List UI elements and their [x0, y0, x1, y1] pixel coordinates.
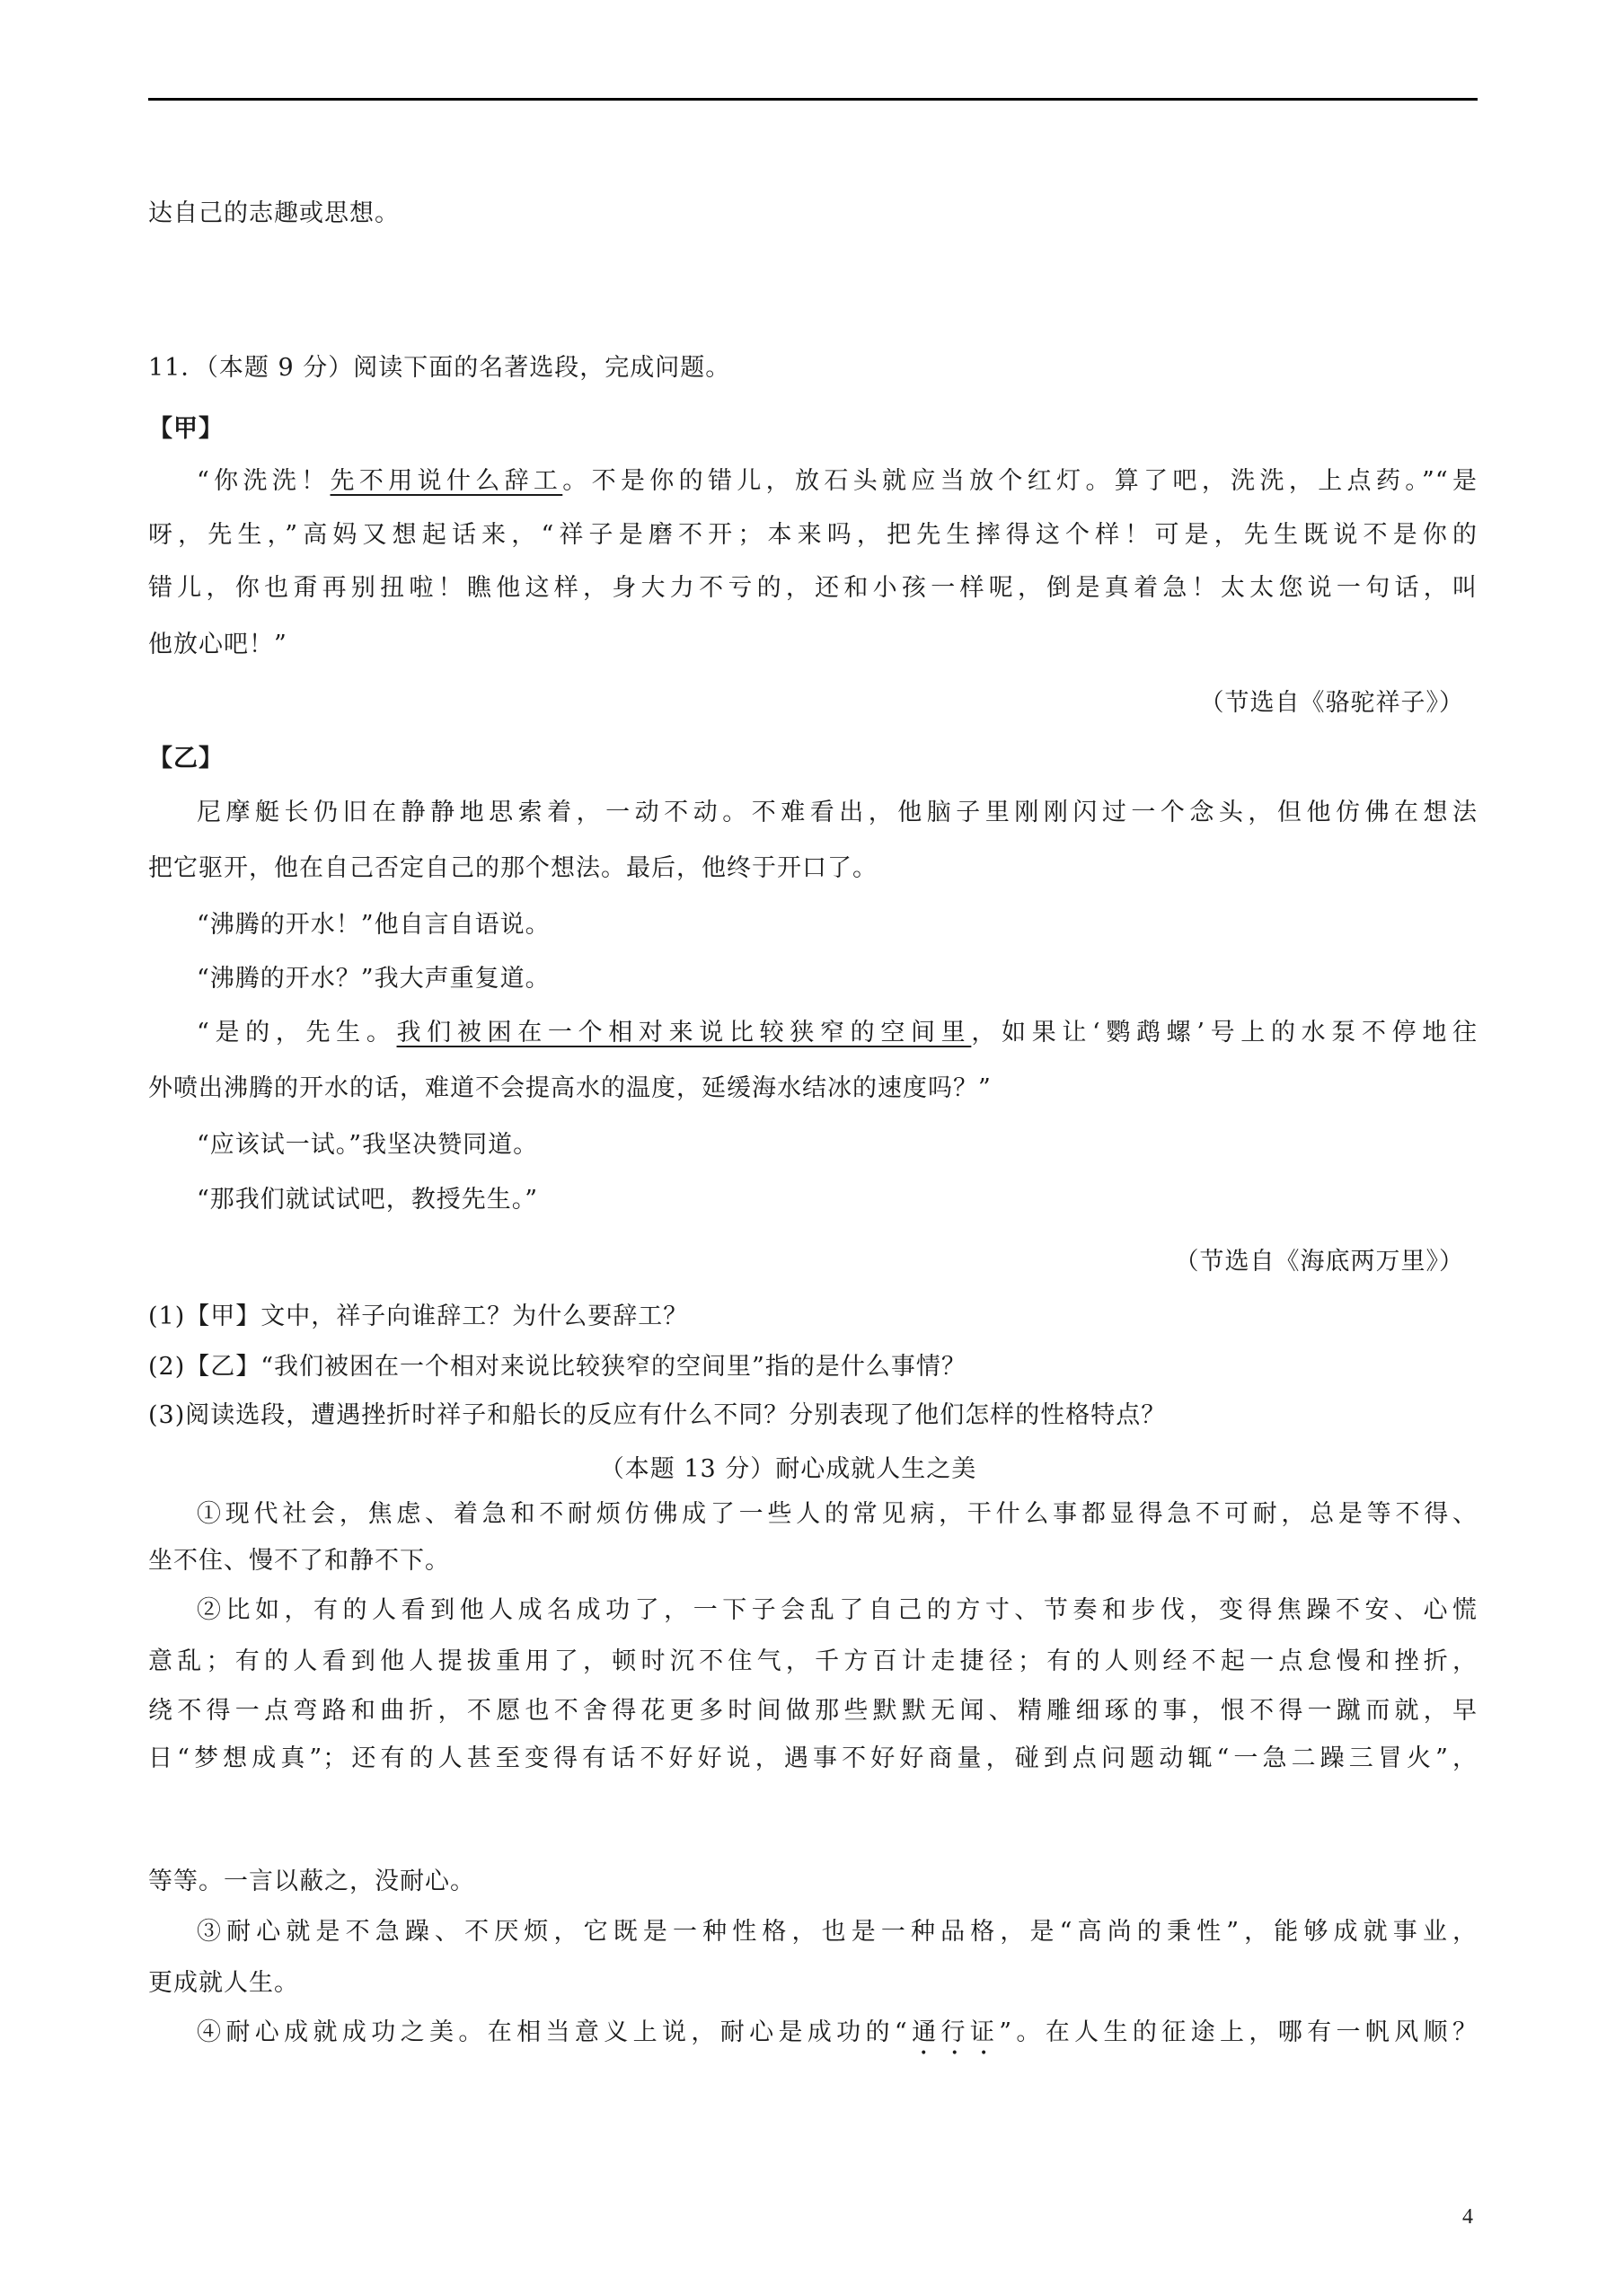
text-fragment: ④耐心成就成功之美。在相当意义上说，耐心是成功的“ — [197, 2018, 908, 2046]
passage-jia-label: 【甲】 — [148, 414, 1478, 445]
text-fragment: ，如果让‘鹦鹉螺’号上的水泵不停地往 — [971, 1019, 1478, 1046]
emphasized-phrase: 通行证 — [908, 2018, 1000, 2046]
essay-line-1: ①现代社会，焦虑、着急和不耐烦仿佛成了一些人的常见病，干什么事都显得急不可耐，总… — [148, 1499, 1478, 1530]
essay-line-6: 日“梦想成真”；还有的人甚至变得有话不好好说，遇事不好好商量，碰到点问题动辄“一… — [148, 1744, 1478, 1774]
essay-line-8: ③耐心就是不急躁、不厌烦，它既是一种性格，也是一种品格，是“高尚的秉性”，能够成… — [148, 1917, 1478, 1947]
passage-yi-line-7: “应该试一试。”我坚决赞同道。 — [148, 1130, 1478, 1161]
text-fragment: ”。在人生的征途上，哪有一帆风顺？ — [999, 2018, 1478, 2046]
continuation-text: 达自己的志趣或思想。 — [148, 199, 1478, 229]
essay-line-4: 意乱；有的人看到他人提拔重用了，顿时沉不住气，千方百计走捷径；有的人则经不起一点… — [148, 1647, 1478, 1677]
passage-jia-line-3: 错儿，你也甭再别扭啦！瞧他这样，身大力不亏的，还和小孩一样呢，倒是真着急！太太您… — [148, 573, 1478, 604]
sub-question-2: (2)【乙】“我们被困在一个相对来说比较狭窄的空间里”指的是什么事情？ — [148, 1352, 1478, 1382]
text-fragment: 。不是你的错儿，放石头就应当放个红灯。算了吧，洗洗，上点药。”“是 — [562, 467, 1478, 495]
passage-jia-source: （节选自《骆驼祥子》） — [148, 688, 1464, 719]
essay-line-3: ②比如，有的人看到他人成名成功了，一下子会乱了自己的方寸、节奏和步伐，变得焦躁不… — [148, 1595, 1478, 1626]
passage-yi-line-2: 把它驱开，他在自己否定自己的那个想法。最后，他终于开口了。 — [148, 853, 1478, 884]
passage-yi-label: 【乙】 — [148, 744, 1478, 774]
question-11-heading: 11．（本题 9 分）阅读下面的名著选段，完成问题。 — [148, 353, 1478, 384]
passage-yi-line-4: “沸腾的开水？”我大声重复道。 — [148, 964, 1478, 994]
passage-jia-line-4: 他放心吧！” — [148, 630, 1478, 660]
essay-line-10: ④耐心成就成功之美。在相当意义上说，耐心是成功的“通行证”。在人生的征途上，哪有… — [148, 2018, 1478, 2048]
passage-yi-line-8: “那我们就试试吧，教授先生。” — [148, 1185, 1478, 1215]
passage-yi-line-6: 外喷出沸腾的开水的话，难道不会提高水的温度，延缓海水结冰的速度吗？” — [148, 1073, 1478, 1104]
underlined-phrase: 我们被困在一个相对来说比较狭窄的空间里 — [397, 1019, 972, 1046]
header-rule — [148, 98, 1478, 101]
passage-yi-source: （节选自《海底两万里》） — [148, 1247, 1464, 1277]
passage-yi-line-5: “是的，先生。我们被困在一个相对来说比较狭窄的空间里，如果让‘鹦鹉螺’号上的水泵… — [148, 1018, 1478, 1048]
essay-line-2: 坐不住、慢不了和静不下。 — [148, 1546, 1478, 1576]
text-fragment: “你洗洗！ — [197, 467, 331, 495]
sub-question-1: (1)【甲】文中，祥子向谁辞工？为什么要辞工？ — [148, 1302, 1478, 1332]
essay-line-7: 等等。一言以蔽之，没耐心。 — [148, 1867, 1478, 1897]
underlined-phrase: 先不用说什么辞工 — [331, 467, 563, 495]
passage-jia-line-2: 呀，先生，”高妈又想起话来，“祥子是磨不开；本来吗，把先生摔得这个样！可是，先生… — [148, 520, 1478, 551]
text-fragment: “是的，先生。 — [197, 1019, 397, 1046]
essay-line-9: 更成就人生。 — [148, 1968, 1478, 1999]
passage-jia-line-1: “你洗洗！先不用说什么辞工。不是你的错儿，放石头就应当放个红灯。算了吧，洗洗，上… — [148, 466, 1478, 497]
page-number: 4 — [1462, 2204, 1473, 2230]
passage-yi-line-3: “沸腾的开水！”他自言自语说。 — [148, 910, 1478, 940]
essay-line-5: 绕不得一点弯路和曲折，不愿也不舍得花更多时间做那些默默无闻、精雕细琢的事，恨不得… — [148, 1696, 1478, 1726]
sub-question-3: (3)阅读选段，遭遇挫折时祥子和船长的反应有什么不同？分别表现了他们怎样的性格特… — [148, 1400, 1478, 1431]
passage-yi-line-1: 尼摩艇长仍旧在静静地思索着，一动不动。不难看出，他脑子里刚刚闪过一个念头，但他仿… — [148, 798, 1478, 828]
essay-title: （本题 13 分）耐心成就人生之美 — [148, 1454, 1428, 1485]
